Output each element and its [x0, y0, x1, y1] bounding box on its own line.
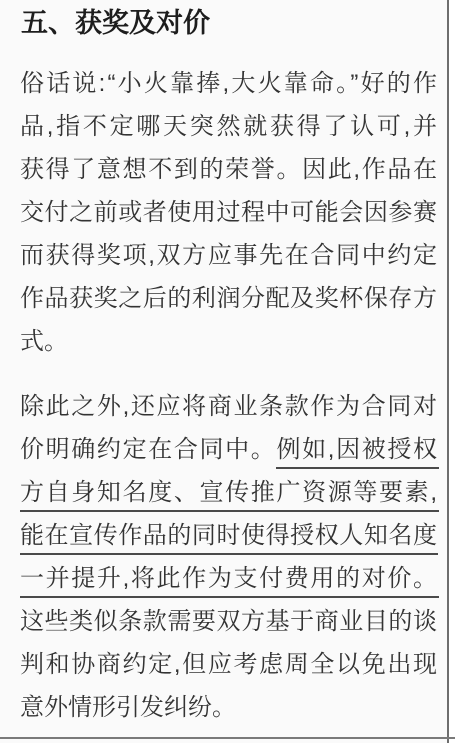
underlined-text-segment: 方自身知名度、宣传推广资源等要素, [20, 479, 439, 512]
text-segment: 意外情形引发纠纷。 [20, 694, 236, 721]
text-segment: 交付之前或者使用过程中可能会因参赛 [20, 199, 438, 226]
text-segment: 这些类似条款需要双方基于商业目的谈 [20, 608, 438, 635]
text-segment: 价明确约定在合同中。 [20, 436, 276, 463]
text-line: 一并提升,将此作为支付费用的对价。 [20, 557, 437, 600]
text-line: 意外情形引发纠纷。 [20, 686, 437, 729]
text-line: 式。 [20, 320, 437, 363]
text-line: 能在宣传作品的同时使得授权人知名度 [20, 514, 437, 557]
text-line: 交付之前或者使用过程中可能会因参赛 [20, 191, 437, 234]
underlined-text-segment: 能在宣传作品的同时使得授权人知名度 [20, 522, 438, 555]
text-segment: 除此之外,还应将商业条款作为合同对 [20, 393, 439, 420]
text-segment: 俗话说:“小火靠捧,大火靠命。”好的作 [20, 70, 439, 97]
text-line: 作品获奖之后的利润分配及奖杯保存方 [20, 277, 437, 320]
text-line: 方自身知名度、宣传推广资源等要素, [20, 471, 437, 514]
document-page: 五、获奖及对价 俗话说:“小火靠捧,大火靠命。”好的作品,指不定哪天突然就获得了… [0, 0, 455, 743]
right-border-line [447, 0, 449, 743]
text-line: 品,指不定哪天突然就获得了认可,并 [20, 105, 437, 148]
text-segment: 获得了意想不到的荣誉。因此,作品在 [20, 156, 439, 183]
text-segment: 而获得奖项,双方应事先在合同中约定 [20, 242, 439, 269]
bottom-border-line [0, 737, 455, 739]
text-line: 这些类似条款需要双方基于商业目的谈 [20, 600, 437, 643]
text-line: 判和协商约定,但应考虑周全以免出现 [20, 643, 437, 686]
text-line: 价明确约定在合同中。例如,因被授权 [20, 428, 437, 471]
underlined-text-segment: 例如,因被授权 [276, 436, 438, 469]
text-segment: 作品获奖之后的利润分配及奖杯保存方 [20, 285, 438, 312]
right-margin-strip [449, 0, 455, 743]
text-line: 除此之外,还应将商业条款作为合同对 [20, 385, 437, 428]
paragraph-commercial-terms: 除此之外,还应将商业条款作为合同对价明确约定在合同中。例如,因被授权方自身知名度… [20, 385, 437, 729]
paragraph-awards: 俗话说:“小火靠捧,大火靠命。”好的作品,指不定哪天突然就获得了认可,并获得了意… [20, 62, 437, 363]
text-line: 获得了意想不到的荣誉。因此,作品在 [20, 148, 437, 191]
underlined-text-segment: 一并提升,将此作为支付费用的对价。 [20, 565, 439, 598]
text-segment: 品,指不定哪天突然就获得了认可,并 [20, 113, 440, 140]
text-line: 而获得奖项,双方应事先在合同中约定 [20, 234, 437, 277]
text-segment: 判和协商约定,但应考虑周全以免出现 [20, 651, 439, 678]
section-title: 五、获奖及对价 [21, 6, 210, 40]
text-segment: 式。 [20, 328, 68, 355]
text-line: 俗话说:“小火靠捧,大火靠命。”好的作 [20, 62, 437, 105]
